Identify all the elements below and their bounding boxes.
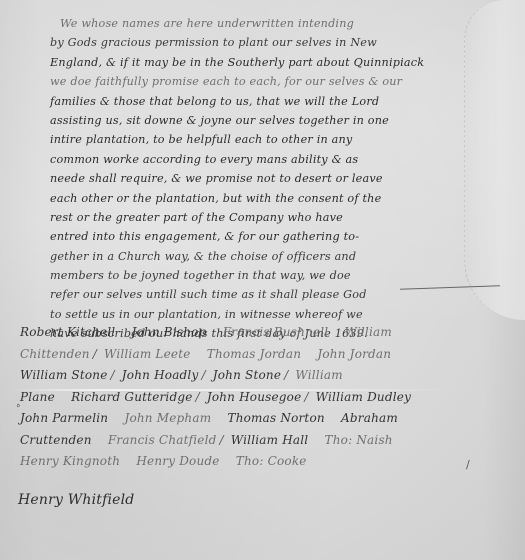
- signature: William Stone: [20, 368, 108, 382]
- covenant-line: common worke according to every mans abi…: [50, 150, 505, 169]
- signature: William Leete: [104, 347, 191, 361]
- covenant-line: families & those that belong to us, that…: [50, 92, 505, 111]
- covenant-line: by Gods gracious permission to plant our…: [50, 33, 505, 52]
- ink-mark: °: [16, 404, 21, 414]
- signature: William: [295, 368, 342, 382]
- signature: Tho: Cooke: [236, 454, 307, 468]
- signature-block: Robert Kitchell John Bishop Francis Bush…: [20, 322, 520, 473]
- signature: Abraham: [341, 411, 398, 425]
- signature: Henry Kingnoth: [20, 454, 120, 468]
- covenant-line: entred into this engagement, & for our g…: [50, 227, 505, 246]
- signature: Francis Bushnell: [223, 325, 329, 339]
- signature: John Housegoe: [207, 390, 302, 404]
- signature: John Jordan: [317, 347, 391, 361]
- signature: Tho: Naish: [325, 433, 393, 447]
- signature: John Parmelin: [20, 411, 108, 425]
- signature: William Dudley: [316, 390, 411, 404]
- signature: Plane: [20, 390, 55, 404]
- signature: Robert Kitchell: [20, 325, 115, 339]
- signature-line: William Stone/ John Hoadly/ John Stone/ …: [20, 365, 520, 387]
- signature: John Mepham: [124, 411, 211, 425]
- covenant-line: neede shall require, & we promise not to…: [50, 169, 505, 188]
- covenant-line: we doe faithfully promise each to each, …: [50, 72, 505, 91]
- ink-mark: /: [466, 458, 470, 471]
- signature: Chittenden: [20, 347, 90, 361]
- signature: William Hall: [231, 433, 309, 447]
- signature: Thomas Jordan: [207, 347, 301, 361]
- signature: Thomas Norton: [228, 411, 325, 425]
- covenant-line: gether in a Church way, & the choise of …: [50, 247, 505, 266]
- signature: Cruttenden: [20, 433, 92, 447]
- covenant-line: assisting us, sit downe & joyne our selv…: [50, 111, 505, 130]
- signature: Henry Doude: [136, 454, 219, 468]
- signature: Francis Chatfield: [108, 433, 217, 447]
- covenant-line: members to be joyned together in that wa…: [50, 266, 505, 285]
- covenant-line: England, & if it may be in the Southerly…: [50, 53, 505, 72]
- signature-line: John Parmelin John Mepham Thomas Norton …: [20, 408, 520, 430]
- signature: William: [345, 325, 392, 339]
- signature-line: Cruttenden Francis Chatfield/ William Ha…: [20, 430, 520, 452]
- covenant-line: intire plantation, to be helpfull each t…: [50, 130, 505, 149]
- scanned-document-page: We whose names are here underwritten int…: [0, 0, 525, 560]
- signature-line: Robert Kitchell John Bishop Francis Bush…: [20, 322, 520, 344]
- covenant-line: rest or the greater part of the Company …: [50, 208, 505, 227]
- final-signature: Henry Whitfield: [18, 492, 134, 508]
- signature: Richard Gutteridge: [71, 390, 192, 404]
- signature-line: Plane Richard Gutteridge/ John Housegoe/…: [20, 387, 520, 409]
- covenant-line: each other or the plantation, but with t…: [50, 189, 505, 208]
- signature-line: Chittenden/ William Leete Thomas Jordan …: [20, 344, 520, 366]
- covenant-line: We whose names are here underwritten int…: [50, 14, 505, 33]
- signature: John Bishop: [132, 325, 207, 339]
- signature: John Hoadly: [122, 368, 199, 382]
- signature: John Stone: [213, 368, 281, 382]
- signature-line: Henry Kingnoth Henry Doude Tho: Cooke: [20, 451, 520, 473]
- covenant-text: We whose names are here underwritten int…: [50, 14, 505, 344]
